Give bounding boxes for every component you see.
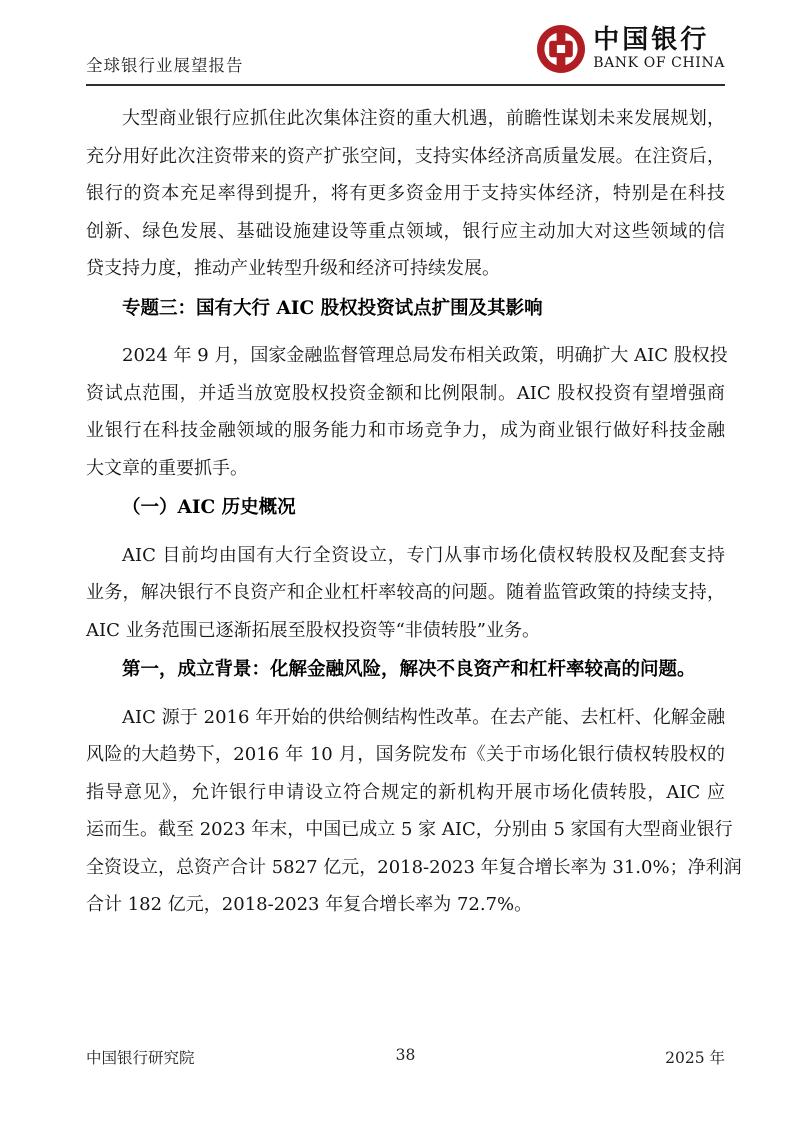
text-line: 贷支持力度，推动产业转型升级和经济可持续发展。 <box>86 250 725 288</box>
footer-year: 2025 年 <box>665 1046 725 1068</box>
text-line: AIC 目前均由国有大行全资设立，专门从事市场化债权转股权及配套支持 <box>86 537 725 575</box>
paragraph-aic-overview: AIC 目前均由国有大行全资设立，专门从事市场化债权转股权及配套支持 业务，解决… <box>86 537 725 650</box>
paragraph-aic-origin: AIC 源于 2016 年开始的供给侧结构性改革。在去产能、去杠杆、化解金融 风… <box>86 699 725 924</box>
text-line: 资试点范围，并适当放宽股权投资金额和比例限制。AIC 股权投资有望增强商 <box>86 375 725 413</box>
text-line: 大文章的重要抓手。 <box>86 450 725 488</box>
topic-heading: 专题三：国有大行 AIC 股权投资试点扩围及其影响 <box>86 290 725 328</box>
report-title: 全球银行业展望报告 <box>86 52 244 76</box>
text-line: 合计 182 亿元，2018-2023 年复合增长率为 72.7%。 <box>86 886 725 924</box>
logo-wordmark: 中国银行 BANK OF CHINA <box>593 26 725 72</box>
text-line: 业务，解决银行不良资产和企业杠杆率较高的问题。随着监管政策的持续支持， <box>86 574 725 612</box>
logo-english-name: BANK OF CHINA <box>593 55 725 72</box>
text-line: 2024 年 9 月，国家金融监督管理总局发布相关政策，明确扩大 AIC 股权投 <box>86 337 725 375</box>
text-line: 全资设立，总资产合计 5827 亿元，2018-2023 年复合增长率为 31.… <box>86 849 725 887</box>
page-footer: 中国银行研究院 38 2025 年 <box>86 1046 725 1068</box>
text-line: 银行的资本充足率得到提升，将有更多资金用于支持实体经济，特别是在科技 <box>86 175 725 213</box>
page-number: 38 <box>86 1046 725 1064</box>
paragraph-capital-injection: 大型商业银行应抓住此次集体注资的重大机遇，前瞻性谋划未来发展规划， 充分用好此次… <box>86 100 725 288</box>
page-header: 全球银行业展望报告 中国银行 BANK OF CHINA <box>86 0 725 84</box>
boc-coin-emblem-icon <box>536 24 586 74</box>
text-line: AIC 源于 2016 年开始的供给侧结构性改革。在去产能、去杠杆、化解金融 <box>86 699 725 737</box>
text-line: 指导意见》，允许银行申请设立符合规定的新机构开展市场化债转股，AIC 应 <box>86 774 725 812</box>
subpoint-heading-background: 第一，成立背景：化解金融风险，解决不良资产和杠杆率较高的问题。 <box>86 651 725 689</box>
text-line: 大型商业银行应抓住此次集体注资的重大机遇，前瞻性谋划未来发展规划， <box>86 100 725 138</box>
document-body: 大型商业银行应抓住此次集体注资的重大机遇，前瞻性谋划未来发展规划， 充分用好此次… <box>86 100 725 924</box>
logo-chinese-name: 中国银行 <box>593 26 725 55</box>
bank-of-china-logo: 中国银行 BANK OF CHINA <box>536 24 725 74</box>
text-line: 充分用好此次注资带来的资产扩张空间，支持实体经济高质量发展。在注资后， <box>86 138 725 176</box>
report-page: 全球银行业展望报告 中国银行 BANK OF CHINA 大型商业银行应抓住此次… <box>0 0 793 1121</box>
header-divider <box>86 84 725 86</box>
text-line: AIC 业务范围已逐渐拓展至股权投资等“非债转股”业务。 <box>86 612 725 650</box>
section-heading-aic-history: （一）AIC 历史概况 <box>86 489 725 527</box>
text-line: 创新、绿色发展、基础设施建设等重点领域，银行应主动加大对这些领域的信 <box>86 213 725 251</box>
paragraph-policy-2024: 2024 年 9 月，国家金融监督管理总局发布相关政策，明确扩大 AIC 股权投… <box>86 337 725 487</box>
text-line: 业银行在科技金融领域的服务能力和市场竞争力，成为商业银行做好科技金融 <box>86 412 725 450</box>
text-line: 风险的大趋势下，2016 年 10 月，国务院发布《关于市场化银行债权转股权的 <box>86 736 725 774</box>
text-line: 运而生。截至 2023 年末，中国已成立 5 家 AIC，分别由 5 家国有大型… <box>86 811 725 849</box>
